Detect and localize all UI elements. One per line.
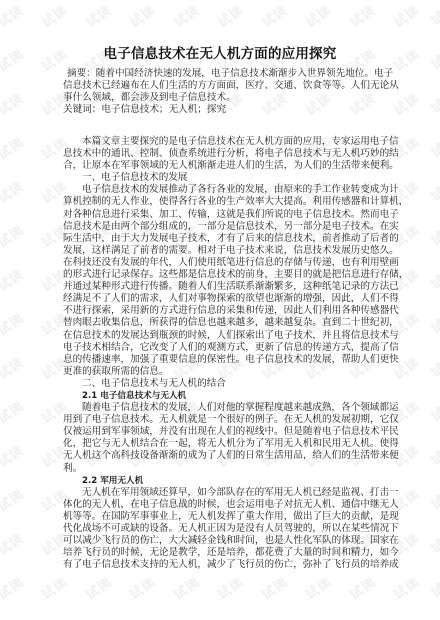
sub22-line: 可以减少飞行员的伤亡，大大减轻金钱和时间，也是人性化军队的体现。国家在 xyxy=(63,535,375,547)
watermark-text: 试读 xyxy=(426,269,440,308)
section1-line: 发展，这样满足了前者的需要。相对于电子技术来说，信息技术发展历史悠久。 xyxy=(63,245,375,257)
section1-line: 对各种信息进行采集、加工、传输，这就是我们所说的电子信息技术。然而电子 xyxy=(63,209,375,221)
abstract-line: 事什么领域，都会涉及到电子信息技术。 xyxy=(63,92,375,104)
section1-line: 际生活中，由于大力发展电子技术，才有了后来的信息技术，前者推动了后者的 xyxy=(63,233,375,245)
section1-line: 在信息技术的发展达到瓶颈的时候，人们探索出了电子技术，并且将信息技术与 xyxy=(63,330,375,342)
watermark-text: 试读 xyxy=(125,0,159,31)
watermark-text: 试读 xyxy=(0,352,27,384)
watermark-text: 试读 xyxy=(37,0,71,31)
watermark-text: 试读 xyxy=(213,0,247,31)
watermark-text: 试读 xyxy=(0,220,27,252)
watermark-text: 试读 xyxy=(0,572,27,604)
sub21-line: 随着电子信息技术的发展，人们对他的掌握程度越来越成熟，各个领域都运 xyxy=(63,402,375,414)
section1-line: 更准的获取所需的信息。 xyxy=(63,366,375,378)
watermark-text: 试读 xyxy=(0,396,27,428)
watermark-text: 试读 xyxy=(0,264,27,296)
watermark-text: 试读 xyxy=(426,401,440,440)
section1-line: 经满足不了人们的需求，人们对事物探索的欲望也渐渐的增强，因此，人们不得 xyxy=(63,293,375,305)
watermark-text: 试读 xyxy=(0,440,27,472)
watermark-text: 试读 xyxy=(426,533,440,572)
watermark-text: 试读 xyxy=(389,88,423,120)
sub21-line: 化，把它与无人机结合在一起，将无人机分为了军用无人机和民用无人机。使得 xyxy=(63,438,375,450)
section1-line: 信息技术是由两个部分组成的，一部分是信息技术，另一部分是电子技术。在实 xyxy=(63,221,375,233)
intro-line: 息技术中的通讯、控制、侦查系统进行分析，将电子信息技术与无人机巧妙的结 xyxy=(63,148,375,160)
watermark-text: 试读 xyxy=(426,225,440,264)
watermark-text: 试读 xyxy=(0,0,27,31)
section1-line: 算机控制的无人作业，使得各行各业的生产效率大大提高。利用传感器和计算机， xyxy=(63,196,375,208)
watermark-text: 试读 xyxy=(426,181,440,220)
subsection-2-2-heading: 2.2 军用无人机 xyxy=(63,475,375,487)
abstract-line: 信息技术已经遍布在人们生活的方方面面，医疗、交通、饮食等等。人们无论从 xyxy=(63,80,375,92)
watermark-text: 试读 xyxy=(345,572,379,604)
intro-line: 合，让原本在军事领域的无人机渐渐走进人们的生活，为人们的生活带来便利。 xyxy=(63,160,375,172)
watermark-text: 试读 xyxy=(0,132,27,164)
watermark-text: 试读 xyxy=(81,572,115,604)
section1-line: 不进行探索，采用新的方式进行信息的采集和传递，因此人们利用各种传感器代 xyxy=(63,305,375,317)
watermark-text: 试读 xyxy=(426,357,440,396)
watermark-text: 试读 xyxy=(426,445,440,484)
watermark-text: 试读 xyxy=(0,88,27,120)
sub22-line: 体化的无人机，在电子信息战的时候，也会运用电子对抗无人机、通信中继无人 xyxy=(63,499,375,511)
sub21-line: 无人机这个高科技设备渐渐的成为了人们的日常生活用品，给人们的生活带来便 xyxy=(63,450,375,462)
sub21-line: 利。 xyxy=(63,463,375,475)
sub22-line: 培养飞行员的时候，无论是教学，还是培养，都花费了大量的时间和精力，如今 xyxy=(63,547,375,559)
watermark-text: 试读 xyxy=(257,572,291,604)
section1-line: 电子信息技术的发展推动了各行各业的发展，由原来的手工作业转变成为计 xyxy=(63,184,375,196)
section2-heading: 二、电子信息技术与无人机的结合 xyxy=(63,378,375,390)
watermark-text: 试读 xyxy=(426,137,440,176)
watermark-text: 试读 xyxy=(257,0,291,31)
section1-line: 在科技还没有发展的年代，人们使用纸笔进行信息的存储与传递，也有利用壁画 xyxy=(63,257,375,269)
watermark-text: 试读 xyxy=(213,572,247,604)
watermark-text: 试读 xyxy=(81,0,115,31)
sub22-line: 有了电子信息技术支持的无人机，减少了飞行员的伤亡，弥补了飞行员的培养成 xyxy=(63,559,375,571)
section1-line: 电子技术相结合，它改变了人们的观测方式，更新了信息的传递方式，提高了信 xyxy=(63,342,375,354)
watermark-text: 试读 xyxy=(301,0,335,31)
watermark-text: 试读 xyxy=(389,572,423,604)
watermark-text: 试读 xyxy=(426,489,440,528)
watermark-text: 试读 xyxy=(301,572,335,604)
watermark-text: 试读 xyxy=(169,0,203,31)
watermark-text: 试读 xyxy=(0,308,27,340)
watermark-text: 试读 xyxy=(37,572,71,604)
section1-line: 的形式进行记录保存。这些都是信息技术的前身，主要目的就是把信息进行存储， xyxy=(63,269,375,281)
watermark-text: 试读 xyxy=(345,0,379,31)
watermark-text: 试读 xyxy=(0,528,27,560)
sub22-line: 机等等。在国防军事事业上，无人机发挥了重大作用，做出了巨大的贡献，是现 xyxy=(63,511,375,523)
document-title: 电子信息技术在无人机方面的应用探究 xyxy=(0,42,440,62)
section1-heading: 一、电子信息技术的发展 xyxy=(63,172,375,184)
watermark-text: 试读 xyxy=(426,577,440,616)
watermark-text: 试读 xyxy=(169,572,203,604)
section1-line: 息的传播速率，加强了重要信息的保密性。电子信息技术的发展，帮助人们更快 xyxy=(63,354,375,366)
watermark-text: 试读 xyxy=(426,93,440,132)
watermark-text: 试读 xyxy=(389,0,423,31)
watermark-text: 试读 xyxy=(0,176,27,208)
abstract-line: 摘要：随着中国经济快速的发展，电子信息技术渐渐步入世界领先地位。电子 xyxy=(63,68,375,80)
watermark-text: 试读 xyxy=(0,484,27,516)
keywords: 关键词：电子信息技术；无人机；探究 xyxy=(63,104,375,116)
subsection-2-1-heading: 2.1 电子信息技术与无人机 xyxy=(63,390,375,402)
body-block: 本篇文章主要探究的是电子信息技术在无人机方面的应用，专家运用电子信 息技术中的通… xyxy=(63,136,375,571)
sub22-line: 代化战场不可或缺的设备。无人机正因为是没有人员驾驶的，所以在某些情况下 xyxy=(63,523,375,535)
sub22-line: 无人机在军用领域还算早，如今部队存在的军用无人机已经是监视、打击一 xyxy=(63,487,375,499)
section1-line: 替肉眼去收集信息，所获得的信息也越来越多，越来越复杂。直到二十世纪初， xyxy=(63,317,375,329)
sub21-line: 用到了电子信息技术。无人机就是一个很好的例子。在无人机的发展初期，它仅 xyxy=(63,414,375,426)
abstract-block: 摘要：随着中国经济快速的发展，电子信息技术渐渐步入世界领先地位。电子 信息技术已… xyxy=(63,68,375,116)
watermark-text: 试读 xyxy=(426,313,440,352)
section1-line: 并通过某种形式进行传播。随着人们生活联系渐渐繁多，这种纸笔记录的方法已 xyxy=(63,281,375,293)
watermark-text: 试读 xyxy=(125,572,159,604)
watermark-text: 试读 xyxy=(426,5,440,44)
intro-line: 本篇文章主要探究的是电子信息技术在无人机方面的应用，专家运用电子信 xyxy=(63,136,375,148)
sub21-line: 仅被运用到军事领域，并没有出现在人们的视线中。但是随着电子信息技术平民 xyxy=(63,426,375,438)
